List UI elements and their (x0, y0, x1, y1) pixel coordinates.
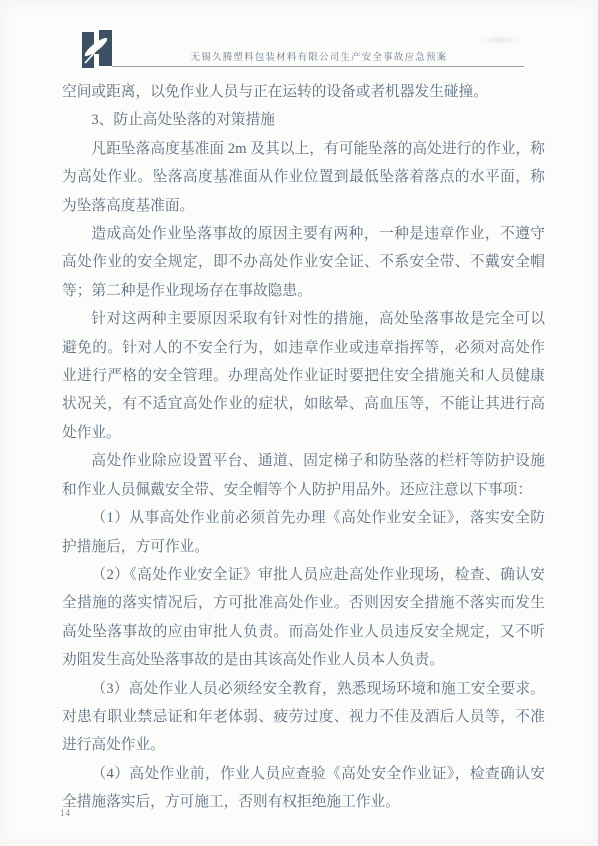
paragraph: 针对这两种主要原因采取有针对性的措施，高处坠落事故是完全可以避免的。针对人的不安… (62, 305, 545, 447)
scan-artifact (480, 36, 520, 44)
paragraph: 造成高处作业坠落事故的原因主要有两种，一种是违章作业，不遵守高处作业的安全规定，… (62, 220, 545, 305)
document-page: 无锡久腾塑料包装材料有限公司生产安全事故应急预案 空间或距离，以免作业人员与正在… (0, 0, 598, 846)
paragraph: 凡距坠落高度基准面 2m 及其以上，有可能坠落的高处进行的作业，称为高处作业。坠… (62, 135, 545, 220)
header-document-title: 无锡久腾塑料包装材料有限公司生产安全事故应急预案 (110, 49, 528, 63)
company-logo-icon (82, 30, 112, 68)
header-rule (112, 66, 524, 67)
paragraph-continuation: 空间或距离，以免作业人员与正在运转的设备或者机器发生碰撞。 (62, 78, 545, 106)
section-heading: 3、防止高处坠落的对策措施 (62, 106, 545, 134)
document-body: 空间或距离，以免作业人员与正在运转的设备或者机器发生碰撞。 3、防止高处坠落的对… (62, 78, 545, 817)
h-leaf-logo-icon (82, 30, 112, 68)
list-item-3: （3）高处作业人员必须经安全教育，熟悉现场环境和施工安全要求。对患有职业禁忌证和… (62, 675, 545, 760)
list-item-4: （4）高处作业前，作业人员应查验《高处安全作业证》，检查确认安全措施落实后，方可… (62, 760, 545, 817)
list-item-2: （2）《高处作业安全证》审批人员应赴高处作业现场，检查、确认安全措施的落实情况后… (62, 561, 545, 675)
paragraph: 高处作业除应设置平台、通道、固定梯子和防坠落的栏杆等防护设施和作业人员佩戴安全带… (62, 447, 545, 504)
page-number: 14 (60, 808, 71, 818)
list-item-1: （1）从事高处作业前必须首先办理《高处作业安全证》，落实安全防护措施后，方可作业… (62, 504, 545, 561)
